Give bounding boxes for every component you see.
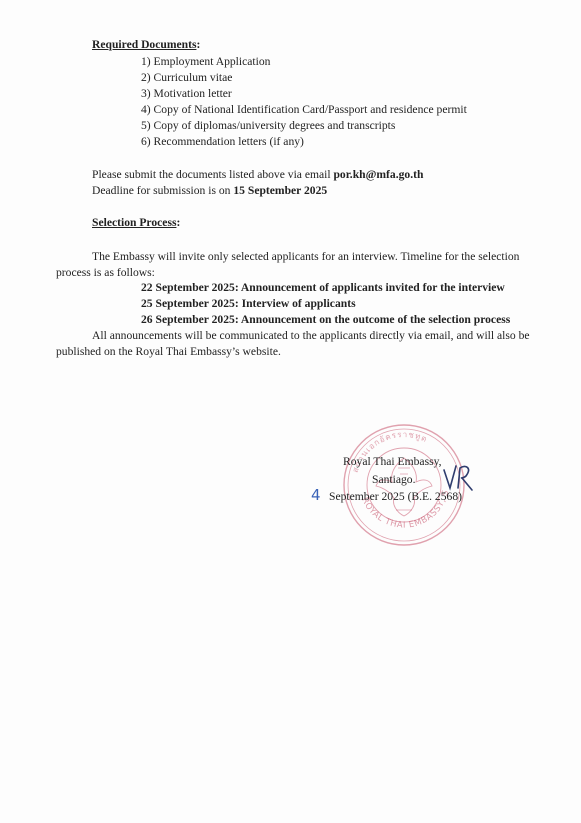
closing-paragraph: All announcements will be communicated t… (56, 328, 546, 361)
handwritten-day: 4 (311, 486, 321, 504)
document-item: 1) Employment Application (141, 55, 270, 68)
submit-text: Please submit the documents listed above… (92, 168, 333, 181)
signature-org: Royal Thai Embassy, (343, 455, 442, 468)
document-item: 4) Copy of National Identification Card/… (141, 103, 467, 116)
intro-text: The Embassy will invite only selected ap… (56, 250, 519, 279)
heading-colon: : (196, 38, 200, 51)
handwritten-signature-icon (440, 460, 476, 494)
heading-text: Selection Process (92, 216, 176, 229)
timeline-item: 26 September 2025: Announcement on the o… (141, 313, 510, 326)
selection-process-heading: Selection Process: (92, 216, 180, 229)
document-page: Required Documents: 1) Employment Applic… (0, 0, 581, 823)
deadline-text: Deadline for submission is on (92, 184, 233, 197)
timeline-item: 25 September 2025: Interview of applican… (141, 297, 356, 310)
heading-colon: : (176, 216, 180, 229)
closing-text: All announcements will be communicated t… (56, 329, 530, 358)
submission-instruction: Please submit the documents listed above… (92, 168, 423, 181)
signature-block: สถานเอกอัครราชทูต ROYAL THAI EMBASSY, SA… (300, 420, 500, 550)
required-documents-heading: Required Documents: (92, 38, 200, 51)
deadline-date: 15 September 2025 (233, 184, 327, 197)
selection-intro: The Embassy will invite only selected ap… (56, 249, 546, 282)
document-item: 5) Copy of diplomas/university degrees a… (141, 119, 395, 132)
email-link[interactable]: por.kh@mfa.go.th (333, 168, 423, 181)
signature-city: Santiago. (372, 473, 415, 486)
deadline-line: Deadline for submission is on 15 Septemb… (92, 184, 327, 197)
timeline-item: 22 September 2025: Announcement of appli… (141, 281, 505, 294)
document-item: 2) Curriculum vitae (141, 71, 232, 84)
document-item: 3) Motivation letter (141, 87, 232, 100)
heading-text: Required Documents (92, 38, 196, 51)
signature-date: September 2025 (B.E. 2568) (329, 490, 462, 503)
document-item: 6) Recommendation letters (if any) (141, 135, 304, 148)
